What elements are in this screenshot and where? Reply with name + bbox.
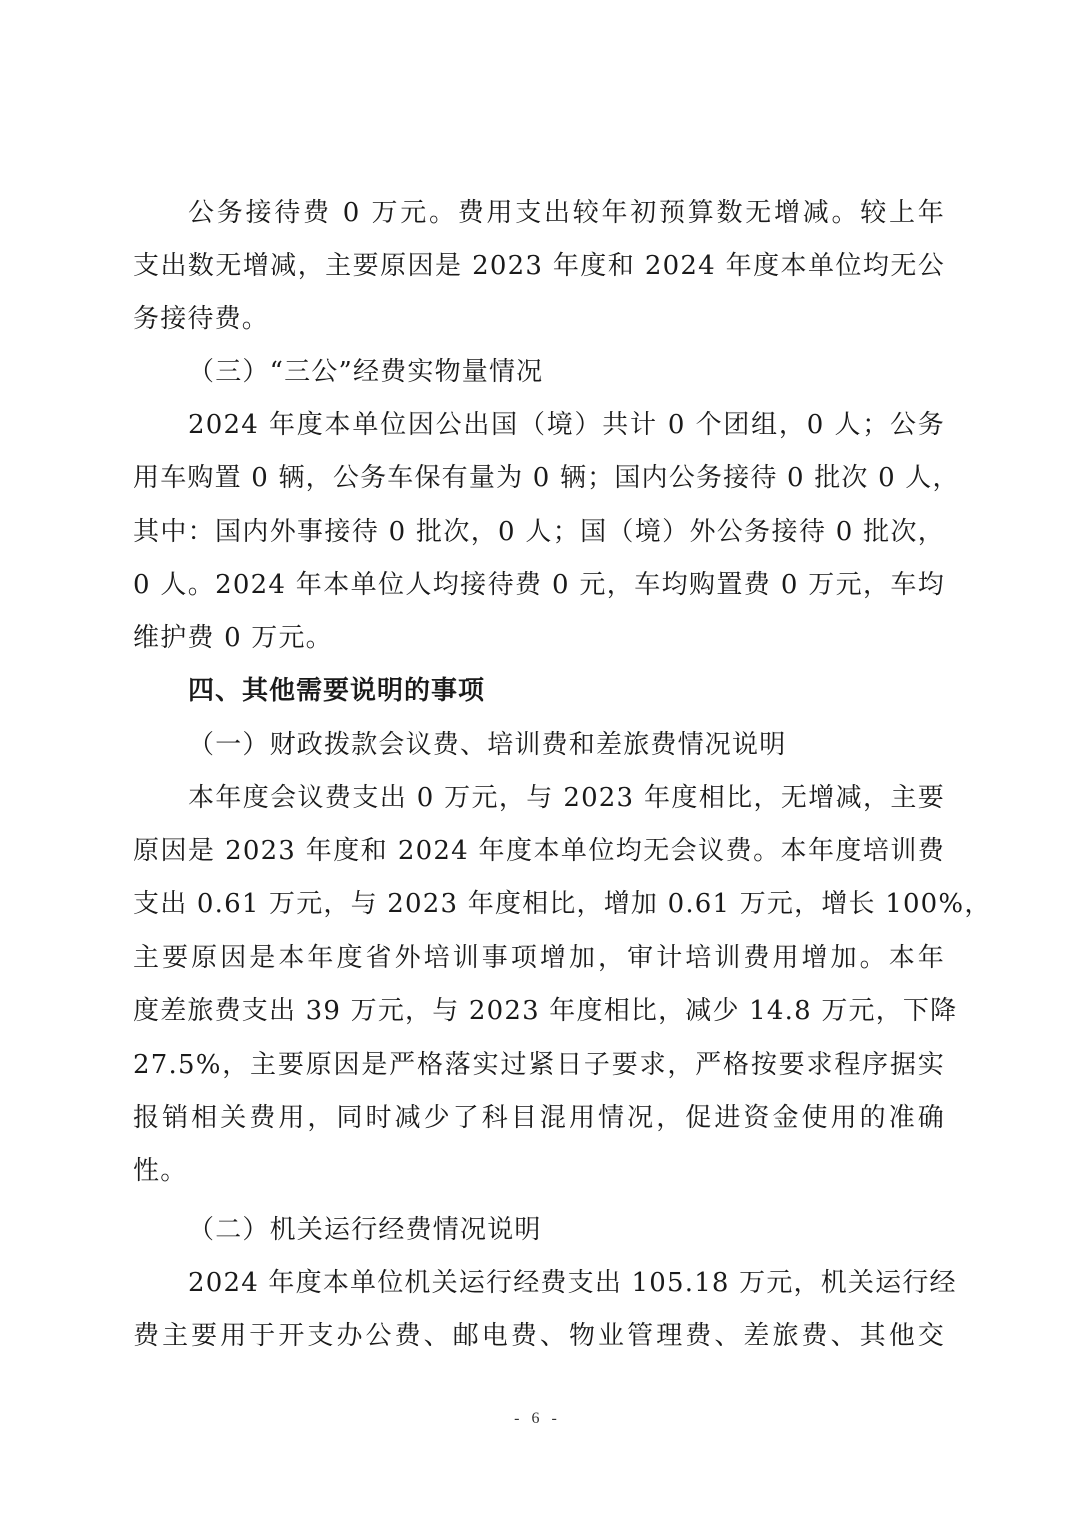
paragraph-line: 支出数无增减，主要原因是 2023 年度和 2024 年度本单位均无公 [133,249,945,283]
subheading-san-gong-physical: （三）“三公”经费实物量情况 [188,355,945,389]
paragraph-line: 度差旅费支出 39 万元，与 2023 年度相比，减少 14.8 万元，下降 [133,994,945,1028]
subheading-operating-expenses: （二）机关运行经费情况说明 [188,1213,945,1247]
document-page: 公务接待费 0 万元。费用支出较年初预算数无增减。较上年 支出数无增减，主要原因… [0,0,1075,1520]
paragraph-line: 0 人。2024 年本单位人均接待费 0 元，车均购置费 0 万元，车均 [133,568,945,602]
section-heading-other-matters: 四、其他需要说明的事项 [188,674,945,708]
paragraph-line: 报销相关费用，同时减少了科目混用情况，促进资金使用的准确 [133,1101,945,1135]
paragraph-line: 2024 年度本单位因公出国（境）共计 0 个团组，0 人；公务 [188,408,945,442]
paragraph-line: 维护费 0 万元。 [133,621,945,655]
paragraph-line: 原因是 2023 年度和 2024 年度本单位均无会议费。本年度培训费 [133,834,945,868]
paragraph-line: 本年度会议费支出 0 万元，与 2023 年度相比，无增减，主要 [188,781,945,815]
paragraph-line: 性。 [133,1154,945,1188]
paragraph-line: 公务接待费 0 万元。费用支出较年初预算数无增减。较上年 [188,196,945,230]
paragraph-line: 主要原因是本年度省外培训事项增加，审计培训费用增加。本年 [133,941,945,975]
paragraph-line: 用车购置 0 辆，公务车保有量为 0 辆；国内公务接待 0 批次 0 人， [133,461,945,495]
paragraph-line: 27.5%，主要原因是严格落实过紧日子要求，严格按要求程序据实 [133,1048,945,1082]
subheading-meeting-training-travel: （一）财政拨款会议费、培训费和差旅费情况说明 [188,728,945,762]
paragraph-line: 费主要用于开支办公费、邮电费、物业管理费、差旅费、其他交 [133,1319,945,1353]
paragraph-line: 务接待费。 [133,302,945,336]
paragraph-line: 2024 年度本单位机关运行经费支出 105.18 万元，机关运行经 [188,1266,945,1300]
paragraph-line: 其中：国内外事接待 0 批次，0 人；国（境）外公务接待 0 批次， [133,515,945,549]
paragraph-line: 支出 0.61 万元，与 2023 年度相比，增加 0.61 万元，增长 100… [133,887,945,921]
page-number: - 6 - [0,1410,1075,1428]
